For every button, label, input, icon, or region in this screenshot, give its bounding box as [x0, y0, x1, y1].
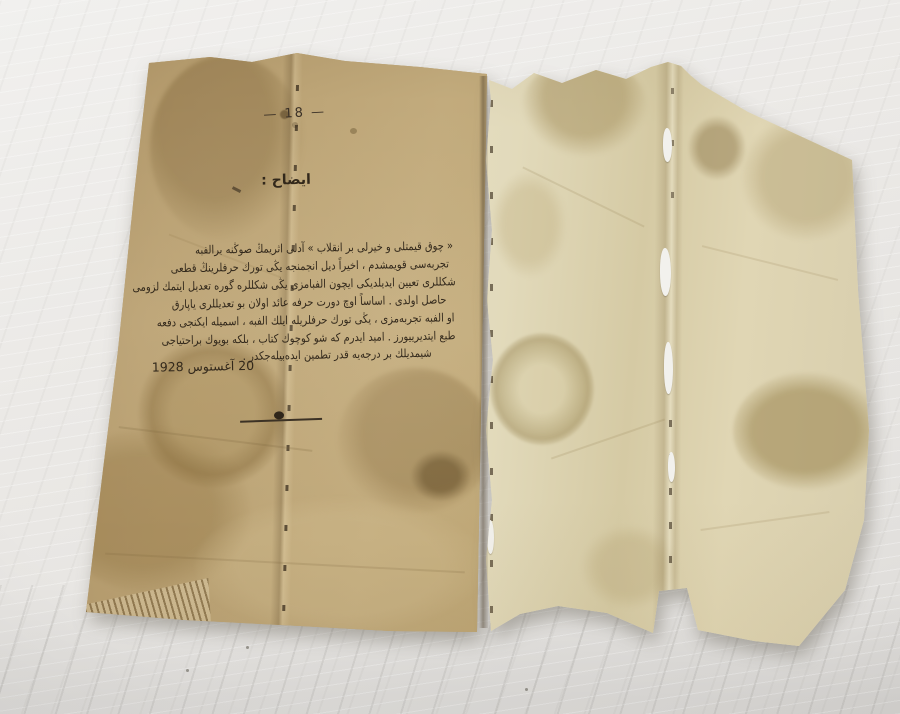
- paragraph-line: « چوق قیمتلی و خیرلی بر انقلاب » آدلی اث…: [195, 238, 453, 256]
- stray-ink-mark: [232, 186, 241, 193]
- photograph-of-old-booklet: — 18 — ایضاح : « چوق قیمتلی و خیرلی بر ا…: [0, 0, 900, 714]
- paragraph-line: او الفبه تجربه‌مزی ، یڭی تورك حرفلریله ا…: [157, 310, 455, 329]
- paragraph-line: طبع ایتدیریيورز . امید ایدرم كه شو كوچوك…: [162, 328, 456, 347]
- paragraph-line: حاصل اولدی . اساساً اوچ دورت حرفه عائد ا…: [171, 292, 446, 311]
- printed-text-block: — 18 — ایضاح : « چوق قیمتلی و خیرلی بر ا…: [0, 0, 900, 714]
- page-number: — 18 —: [259, 104, 330, 123]
- section-heading: ایضاح :: [241, 172, 311, 189]
- date-line: 20 آغستوس 1928: [152, 358, 255, 375]
- ink-blot: [274, 411, 284, 419]
- paragraph-line: شكللری تعیین ایدیلدیكی ایچون الفبامزی یڭ…: [132, 274, 455, 294]
- paragraph-line: تجربه‌سی قویمشدم ، اخیراً دیل انجمنجه یڭ…: [171, 256, 449, 275]
- paragraph-line: شیمدیلك بر درجه‌یه قدر تطمین ایده‌بیله‌ج…: [243, 346, 432, 363]
